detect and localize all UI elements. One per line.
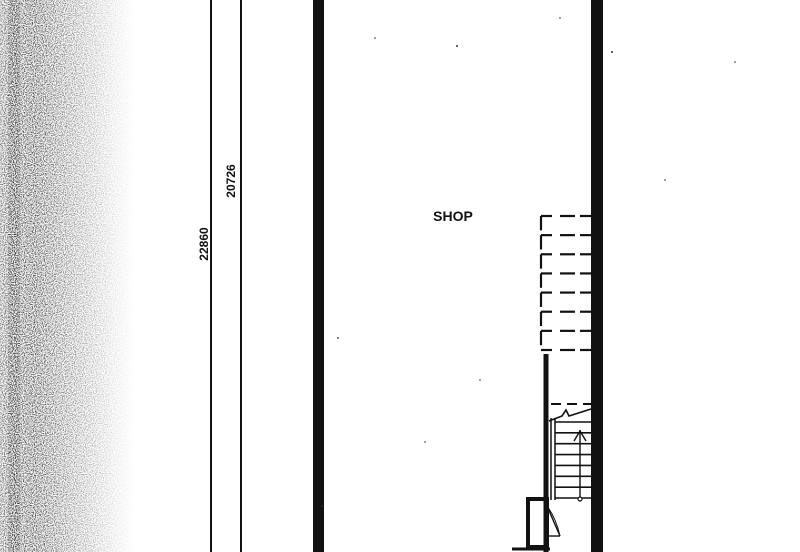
dimension-internal: 20726: [224, 164, 238, 198]
wall-right: [591, 0, 603, 552]
dimension-overall: 22860: [197, 227, 211, 261]
door: [512, 499, 560, 549]
wall-left: [313, 0, 324, 552]
dimension-lines: [211, 0, 241, 552]
staircase-lower-flight: [549, 404, 591, 501]
floor-plan: 22860 20726 SHOP: [0, 0, 800, 552]
stipple-shading: [0, 0, 135, 552]
room-label-shop: SHOP: [433, 208, 473, 224]
scan-specks: [321, 17, 736, 507]
